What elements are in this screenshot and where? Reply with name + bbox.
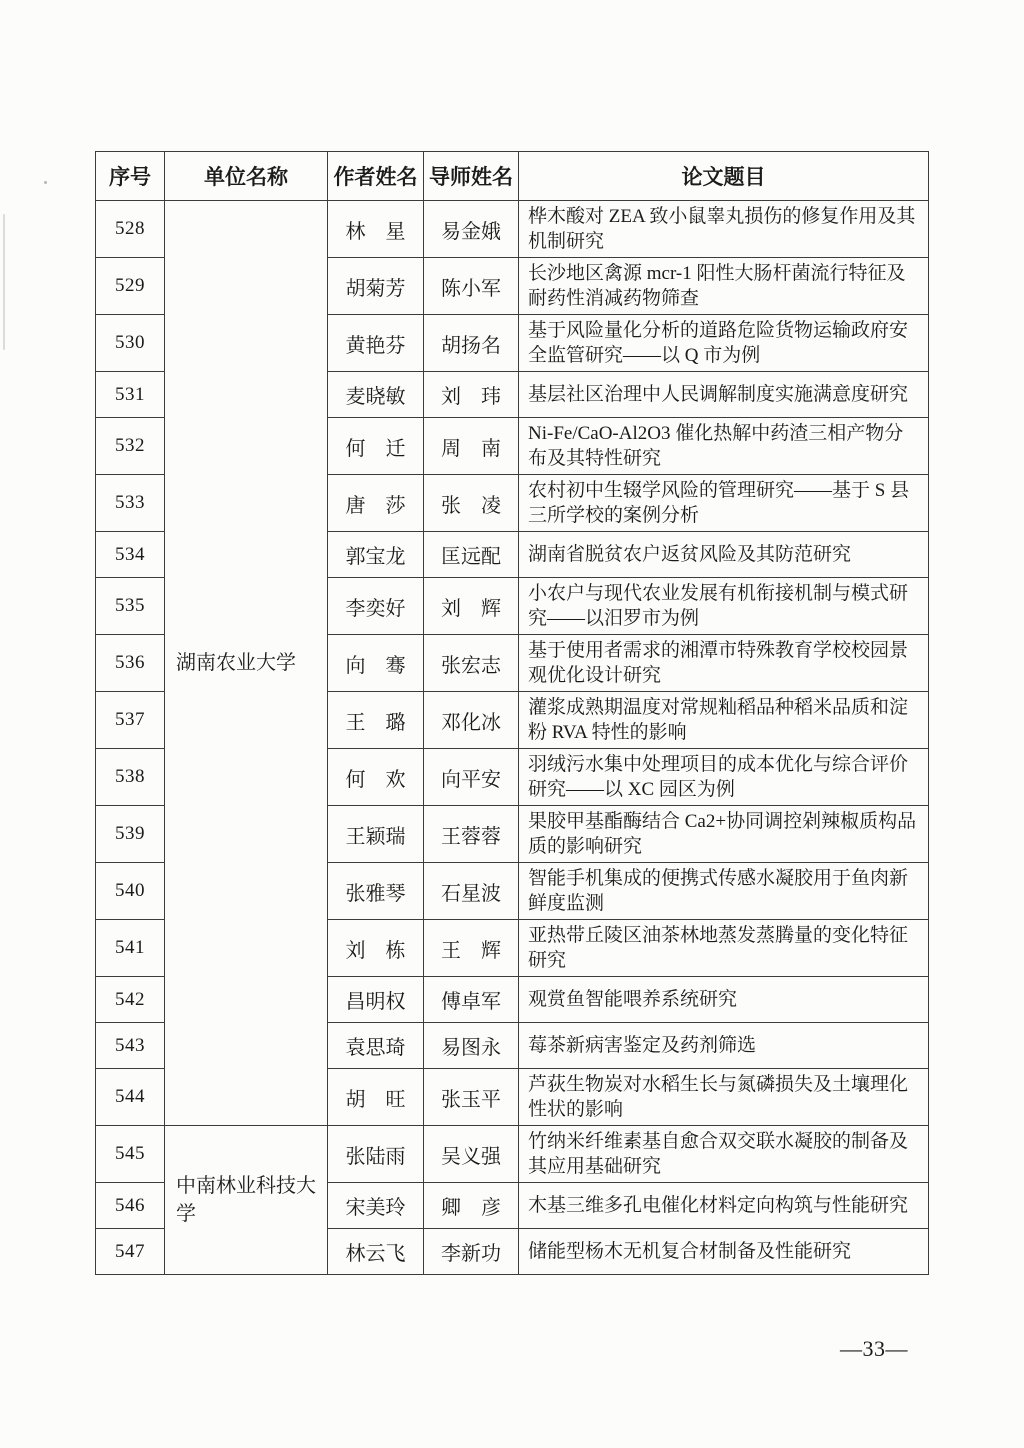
cell-index: 543 xyxy=(96,1023,165,1069)
cell-author-name: 胡菊芳 xyxy=(328,258,424,315)
cell-index: 546 xyxy=(96,1183,165,1229)
scan-artifact-scratch xyxy=(3,214,5,350)
cell-advisor-name: 陈小军 xyxy=(424,258,519,315)
cell-author-name: 昌明权 xyxy=(328,977,424,1023)
cell-index: 541 xyxy=(96,920,165,977)
cell-thesis-title: 基于使用者需求的湘潭市特殊教育学校校园景观优化设计研究 xyxy=(519,635,929,692)
cell-author-name: 林云飞 xyxy=(328,1229,424,1275)
cell-author-name: 李奕好 xyxy=(328,578,424,635)
cell-advisor-name: 李新功 xyxy=(424,1229,519,1275)
cell-thesis-title: 莓茶新病害鉴定及药剂筛选 xyxy=(519,1023,929,1069)
cell-author-name: 何 迁 xyxy=(328,418,424,475)
cell-advisor-name: 周 南 xyxy=(424,418,519,475)
cell-thesis-title: 桦木酸对 ZEA 致小鼠睾丸损伤的修复作用及其机制研究 xyxy=(519,201,929,258)
cell-author-name: 林 星 xyxy=(328,201,424,258)
cell-thesis-title: 芦荻生物炭对水稻生长与氮磷损失及土壤理化性状的影响 xyxy=(519,1069,929,1126)
cell-index: 547 xyxy=(96,1229,165,1275)
cell-author-name: 胡 旺 xyxy=(328,1069,424,1126)
cell-unit-name: 中南林业科技大学 xyxy=(165,1126,328,1275)
cell-advisor-name: 卿 彦 xyxy=(424,1183,519,1229)
cell-thesis-title: 亚热带丘陵区油茶林地蒸发蒸腾量的变化特征研究 xyxy=(519,920,929,977)
cell-advisor-name: 匡远配 xyxy=(424,532,519,578)
cell-thesis-title: 智能手机集成的便携式传感水凝胶用于鱼肉新鲜度监测 xyxy=(519,863,929,920)
cell-index: 544 xyxy=(96,1069,165,1126)
cell-thesis-title: 湖南省脱贫农户返贫风险及其防范研究 xyxy=(519,532,929,578)
cell-index: 528 xyxy=(96,201,165,258)
cell-index: 539 xyxy=(96,806,165,863)
cell-advisor-name: 刘 玮 xyxy=(424,372,519,418)
cell-author-name: 向 骞 xyxy=(328,635,424,692)
table-row: 545中南林业科技大学张陆雨吴义强竹纳米纤维素基自愈合双交联水凝胶的制备及其应用… xyxy=(96,1126,929,1183)
cell-thesis-title: Ni-Fe/CaO-Al2O3 催化热解中药渣三相产物分布及其特性研究 xyxy=(519,418,929,475)
cell-unit-name: 湖南农业大学 xyxy=(165,201,328,1126)
cell-index: 535 xyxy=(96,578,165,635)
cell-index: 532 xyxy=(96,418,165,475)
cell-advisor-name: 王蓉蓉 xyxy=(424,806,519,863)
cell-index: 542 xyxy=(96,977,165,1023)
cell-advisor-name: 向平安 xyxy=(424,749,519,806)
cell-author-name: 袁思琦 xyxy=(328,1023,424,1069)
table-row: 528湖南农业大学林 星易金娥桦木酸对 ZEA 致小鼠睾丸损伤的修复作用及其机制… xyxy=(96,201,929,258)
cell-thesis-title: 灌浆成熟期温度对常规籼稻品种稻米品质和淀粉 RVA 特性的影响 xyxy=(519,692,929,749)
cell-thesis-title: 竹纳米纤维素基自愈合双交联水凝胶的制备及其应用基础研究 xyxy=(519,1126,929,1183)
cell-index: 531 xyxy=(96,372,165,418)
page-number: —33— xyxy=(818,1336,930,1362)
cell-author-name: 何 欢 xyxy=(328,749,424,806)
cell-thesis-title: 羽绒污水集中处理项目的成本优化与综合评价研究——以 XC 园区为例 xyxy=(519,749,929,806)
cell-index: 534 xyxy=(96,532,165,578)
cell-advisor-name: 王 辉 xyxy=(424,920,519,977)
cell-index: 536 xyxy=(96,635,165,692)
cell-thesis-title: 长沙地区禽源 mcr-1 阳性大肠杆菌流行特征及耐药性消减药物筛查 xyxy=(519,258,929,315)
cell-index: 530 xyxy=(96,315,165,372)
cell-index: 540 xyxy=(96,863,165,920)
cell-advisor-name: 石星波 xyxy=(424,863,519,920)
cell-thesis-title: 小农户与现代农业发展有机衔接机制与模式研究——以汨罗市为例 xyxy=(519,578,929,635)
cell-author-name: 王颖瑞 xyxy=(328,806,424,863)
cell-author-name: 郭宝龙 xyxy=(328,532,424,578)
cell-index: 545 xyxy=(96,1126,165,1183)
cell-thesis-title: 基于风险量化分析的道路危险货物运输政府安全监管研究——以 Q 市为例 xyxy=(519,315,929,372)
col-header-advisor-name: 导师姓名 xyxy=(424,152,519,201)
cell-advisor-name: 邓化冰 xyxy=(424,692,519,749)
cell-thesis-title: 储能型杨木无机复合材制备及性能研究 xyxy=(519,1229,929,1275)
cell-advisor-name: 胡扬名 xyxy=(424,315,519,372)
scan-artifact-speck xyxy=(44,181,47,184)
cell-advisor-name: 张宏志 xyxy=(424,635,519,692)
col-header-thesis-title: 论文题目 xyxy=(519,152,929,201)
cell-advisor-name: 傅卓军 xyxy=(424,977,519,1023)
thesis-list-table: 序号 单位名称 作者姓名 导师姓名 论文题目 528湖南农业大学林 星易金娥桦木… xyxy=(95,151,929,1275)
cell-author-name: 宋美玲 xyxy=(328,1183,424,1229)
cell-author-name: 黄艳芬 xyxy=(328,315,424,372)
cell-advisor-name: 刘 辉 xyxy=(424,578,519,635)
cell-thesis-title: 基层社区治理中人民调解制度实施满意度研究 xyxy=(519,372,929,418)
cell-index: 537 xyxy=(96,692,165,749)
cell-thesis-title: 观赏鱼智能喂养系统研究 xyxy=(519,977,929,1023)
cell-author-name: 刘 栋 xyxy=(328,920,424,977)
cell-advisor-name: 吴义强 xyxy=(424,1126,519,1183)
table-header-row: 序号 单位名称 作者姓名 导师姓名 论文题目 xyxy=(96,152,929,201)
cell-thesis-title: 木基三维多孔电催化材料定向构筑与性能研究 xyxy=(519,1183,929,1229)
col-header-unit-name: 单位名称 xyxy=(165,152,328,201)
cell-thesis-title: 农村初中生辍学风险的管理研究——基于 S 县三所学校的案例分析 xyxy=(519,475,929,532)
cell-index: 538 xyxy=(96,749,165,806)
document-page: 序号 单位名称 作者姓名 导师姓名 论文题目 528湖南农业大学林 星易金娥桦木… xyxy=(0,0,1024,1448)
cell-advisor-name: 易图永 xyxy=(424,1023,519,1069)
cell-advisor-name: 张 凌 xyxy=(424,475,519,532)
cell-index: 529 xyxy=(96,258,165,315)
cell-author-name: 张陆雨 xyxy=(328,1126,424,1183)
cell-advisor-name: 张玉平 xyxy=(424,1069,519,1126)
cell-author-name: 唐 莎 xyxy=(328,475,424,532)
cell-index: 533 xyxy=(96,475,165,532)
cell-author-name: 王 璐 xyxy=(328,692,424,749)
col-header-author-name: 作者姓名 xyxy=(328,152,424,201)
cell-thesis-title: 果胶甲基酯酶结合 Ca2+协同调控剁辣椒质构品质的影响研究 xyxy=(519,806,929,863)
cell-author-name: 麦晓敏 xyxy=(328,372,424,418)
cell-author-name: 张雅琴 xyxy=(328,863,424,920)
col-header-index: 序号 xyxy=(96,152,165,201)
cell-advisor-name: 易金娥 xyxy=(424,201,519,258)
